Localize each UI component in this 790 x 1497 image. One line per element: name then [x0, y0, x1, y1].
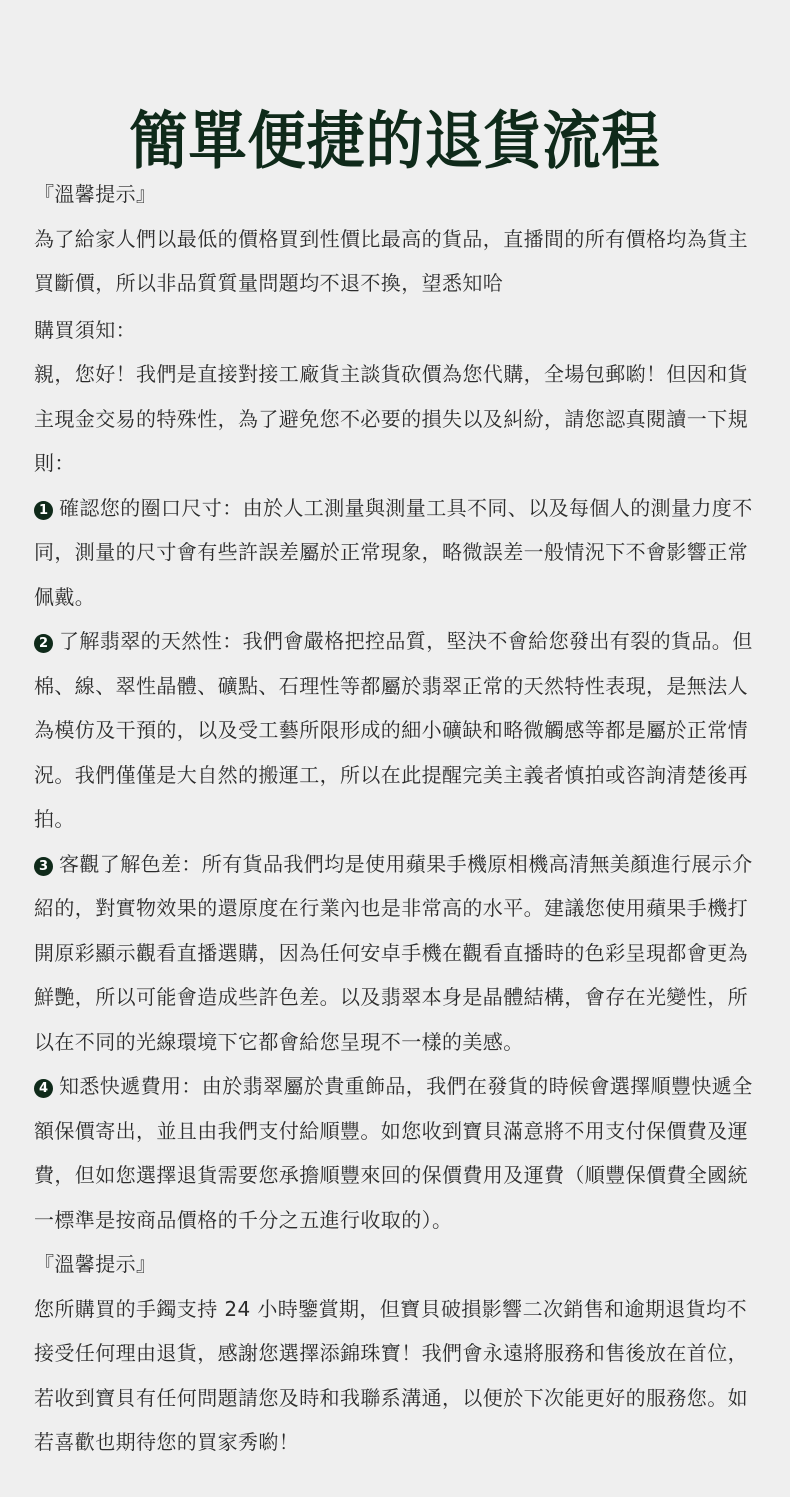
purchase-heading: 購買須知： [34, 308, 756, 353]
rule-text: 知悉快遞費用：由於翡翠屬於貴重飾品，我們在發貨的時候會選擇順豐快遞全額保價寄出，… [34, 1074, 753, 1232]
rule-text: 確認您的圈口尺寸：由於人工測量與測量工具不同、以及每個人的測量力度不同，測量的尺… [34, 496, 753, 609]
rule-item-3: 3客觀了解色差：所有貨品我們均是使用蘋果手機原相機高清無美顏進行展示介紹的，對實… [34, 842, 756, 1065]
notice-text: 您所購買的手鐲支持 24 小時鑒賞期，但寶貝破損影響二次銷售和逾期退貨均不接受任… [34, 1287, 756, 1465]
rule-item-4: 4知悉快遞費用：由於翡翠屬於貴重飾品，我們在發貨的時候會選擇順豐快遞全額保價寄出… [34, 1064, 756, 1242]
circled-number-2-icon: 2 [34, 634, 53, 653]
rule-text: 了解翡翠的天然性：我們會嚴格把控品質，堅決不會給您發出有裂的貨品。但棉、線、翠性… [34, 629, 753, 831]
rule-text: 客觀了解色差：所有貨品我們均是使用蘋果手機原相機高清無美顏進行展示介紹的，對實物… [34, 852, 753, 1054]
circled-number-4-icon: 4 [34, 1079, 53, 1098]
notice-heading: 『溫馨提示』 [34, 172, 756, 217]
page-title: 簡單便捷的退貨流程 [0, 102, 790, 180]
return-policy-content: 『溫馨提示』 為了給家人們以最低的價格買到性價比最高的貨品，直播間的所有價格均為… [34, 172, 756, 1465]
circled-number-3-icon: 3 [34, 857, 53, 876]
rule-item-2: 2了解翡翠的天然性：我們會嚴格把控品質，堅決不會給您發出有裂的貨品。但棉、線、翠… [34, 619, 756, 842]
notice-text: 為了給家人們以最低的價格買到性價比最高的貨品，直播間的所有價格均為貨主買斷價，所… [34, 217, 756, 306]
notice-heading: 『溫馨提示』 [34, 1242, 756, 1287]
rule-item-1: 1確認您的圈口尺寸：由於人工測量與測量工具不同、以及每個人的測量力度不同，測量的… [34, 486, 756, 620]
purchase-intro: 親，您好！我們是直接對接工廠貨主談貨砍價為您代購，全場包郵喲！但因和貨主現金交易… [34, 352, 756, 486]
circled-number-1-icon: 1 [34, 501, 53, 520]
